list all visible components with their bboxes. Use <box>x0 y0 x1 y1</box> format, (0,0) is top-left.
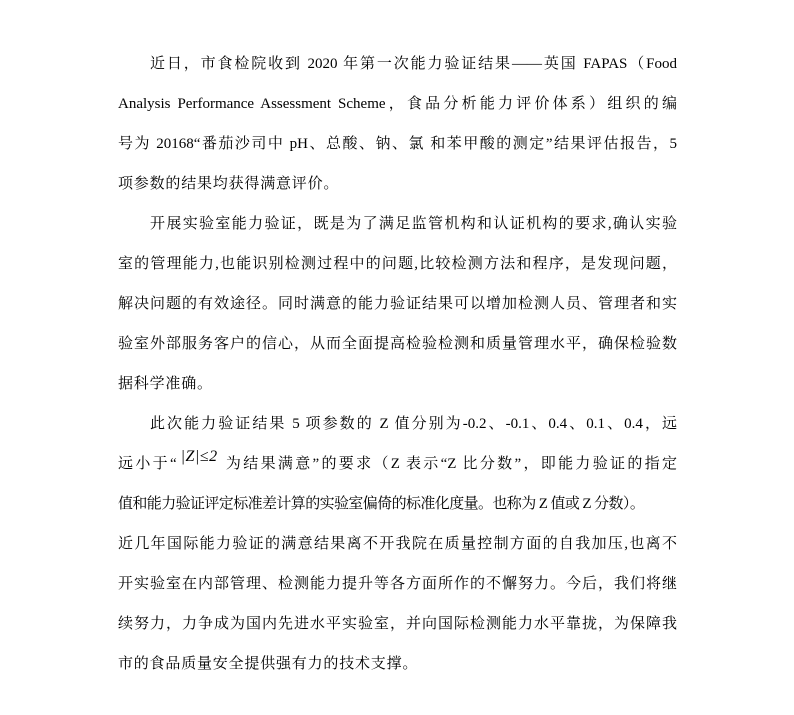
text-line: 据科学准确。 <box>118 364 677 404</box>
text-line: 此次能力验证结果 5 项参数的 Z 值分别为-0.2、-0.1、0.4、0.1、… <box>118 404 677 444</box>
text-line: 续努力，力争成为国内先进水平实验室，并向国际检测能力水平靠拢，为保障我 <box>118 604 677 644</box>
text-line: 开展实验室能力验证，既是为了满足监管机构和认证机构的要求,确认实验 <box>118 204 677 244</box>
text-line: 号为 20168“番茄沙司中 pH、总酸、钠、氯 和苯甲酸的测定”结果评估报告，… <box>118 124 677 164</box>
text-line: 验室外部服务客户的信心，从而全面提高检验检测和质量管理水平，确保检验数 <box>118 324 677 364</box>
text-line: 开实验室在内部管理、检测能力提升等各方面所作的不懈努力。今后，我们将继 <box>118 564 677 604</box>
document-text-block: 近日，市食检院收到 2020 年第一次能力验证结果——英国 FAPAS（Food… <box>118 44 677 684</box>
formula-line-suffix: 为结果满意”的要求（Z 表示“Z 比分数”，即能力验证的指定 <box>224 456 677 472</box>
z-score-formula: |Z|≤2 <box>177 447 224 467</box>
text-line: Analysis Performance Assessment Scheme，食… <box>118 84 677 124</box>
formula-line-prefix: 远小于“ <box>118 456 177 472</box>
document-page: 近日，市食检院收到 2020 年第一次能力验证结果——英国 FAPAS（Food… <box>0 0 794 715</box>
text-line: 项参数的结果均获得满意评价。 <box>118 164 677 204</box>
text-line: 市的食品质量安全提供强有力的技术支撑。 <box>118 644 677 684</box>
text-line: 解决问题的有效途径。同时满意的能力验证结果可以增加检测人员、管理者和实 <box>118 284 677 324</box>
text-line-with-formula: 远小于“|Z|≤2为结果满意”的要求（Z 表示“Z 比分数”，即能力验证的指定 <box>118 444 677 484</box>
text-line: 值和能力验证评定标准差计算的实验室偏倚的标准化度量。也称为 Z 值或 Z 分数）… <box>118 484 677 524</box>
text-line: 室的管理能力,也能识别检测过程中的问题,比较检测方法和程序，是发现问题， <box>118 244 677 284</box>
text-line: 近几年国际能力验证的满意结果离不开我院在质量控制方面的自我加压,也离不 <box>118 524 677 564</box>
text-line: 近日，市食检院收到 2020 年第一次能力验证结果——英国 FAPAS（Food <box>118 44 677 84</box>
